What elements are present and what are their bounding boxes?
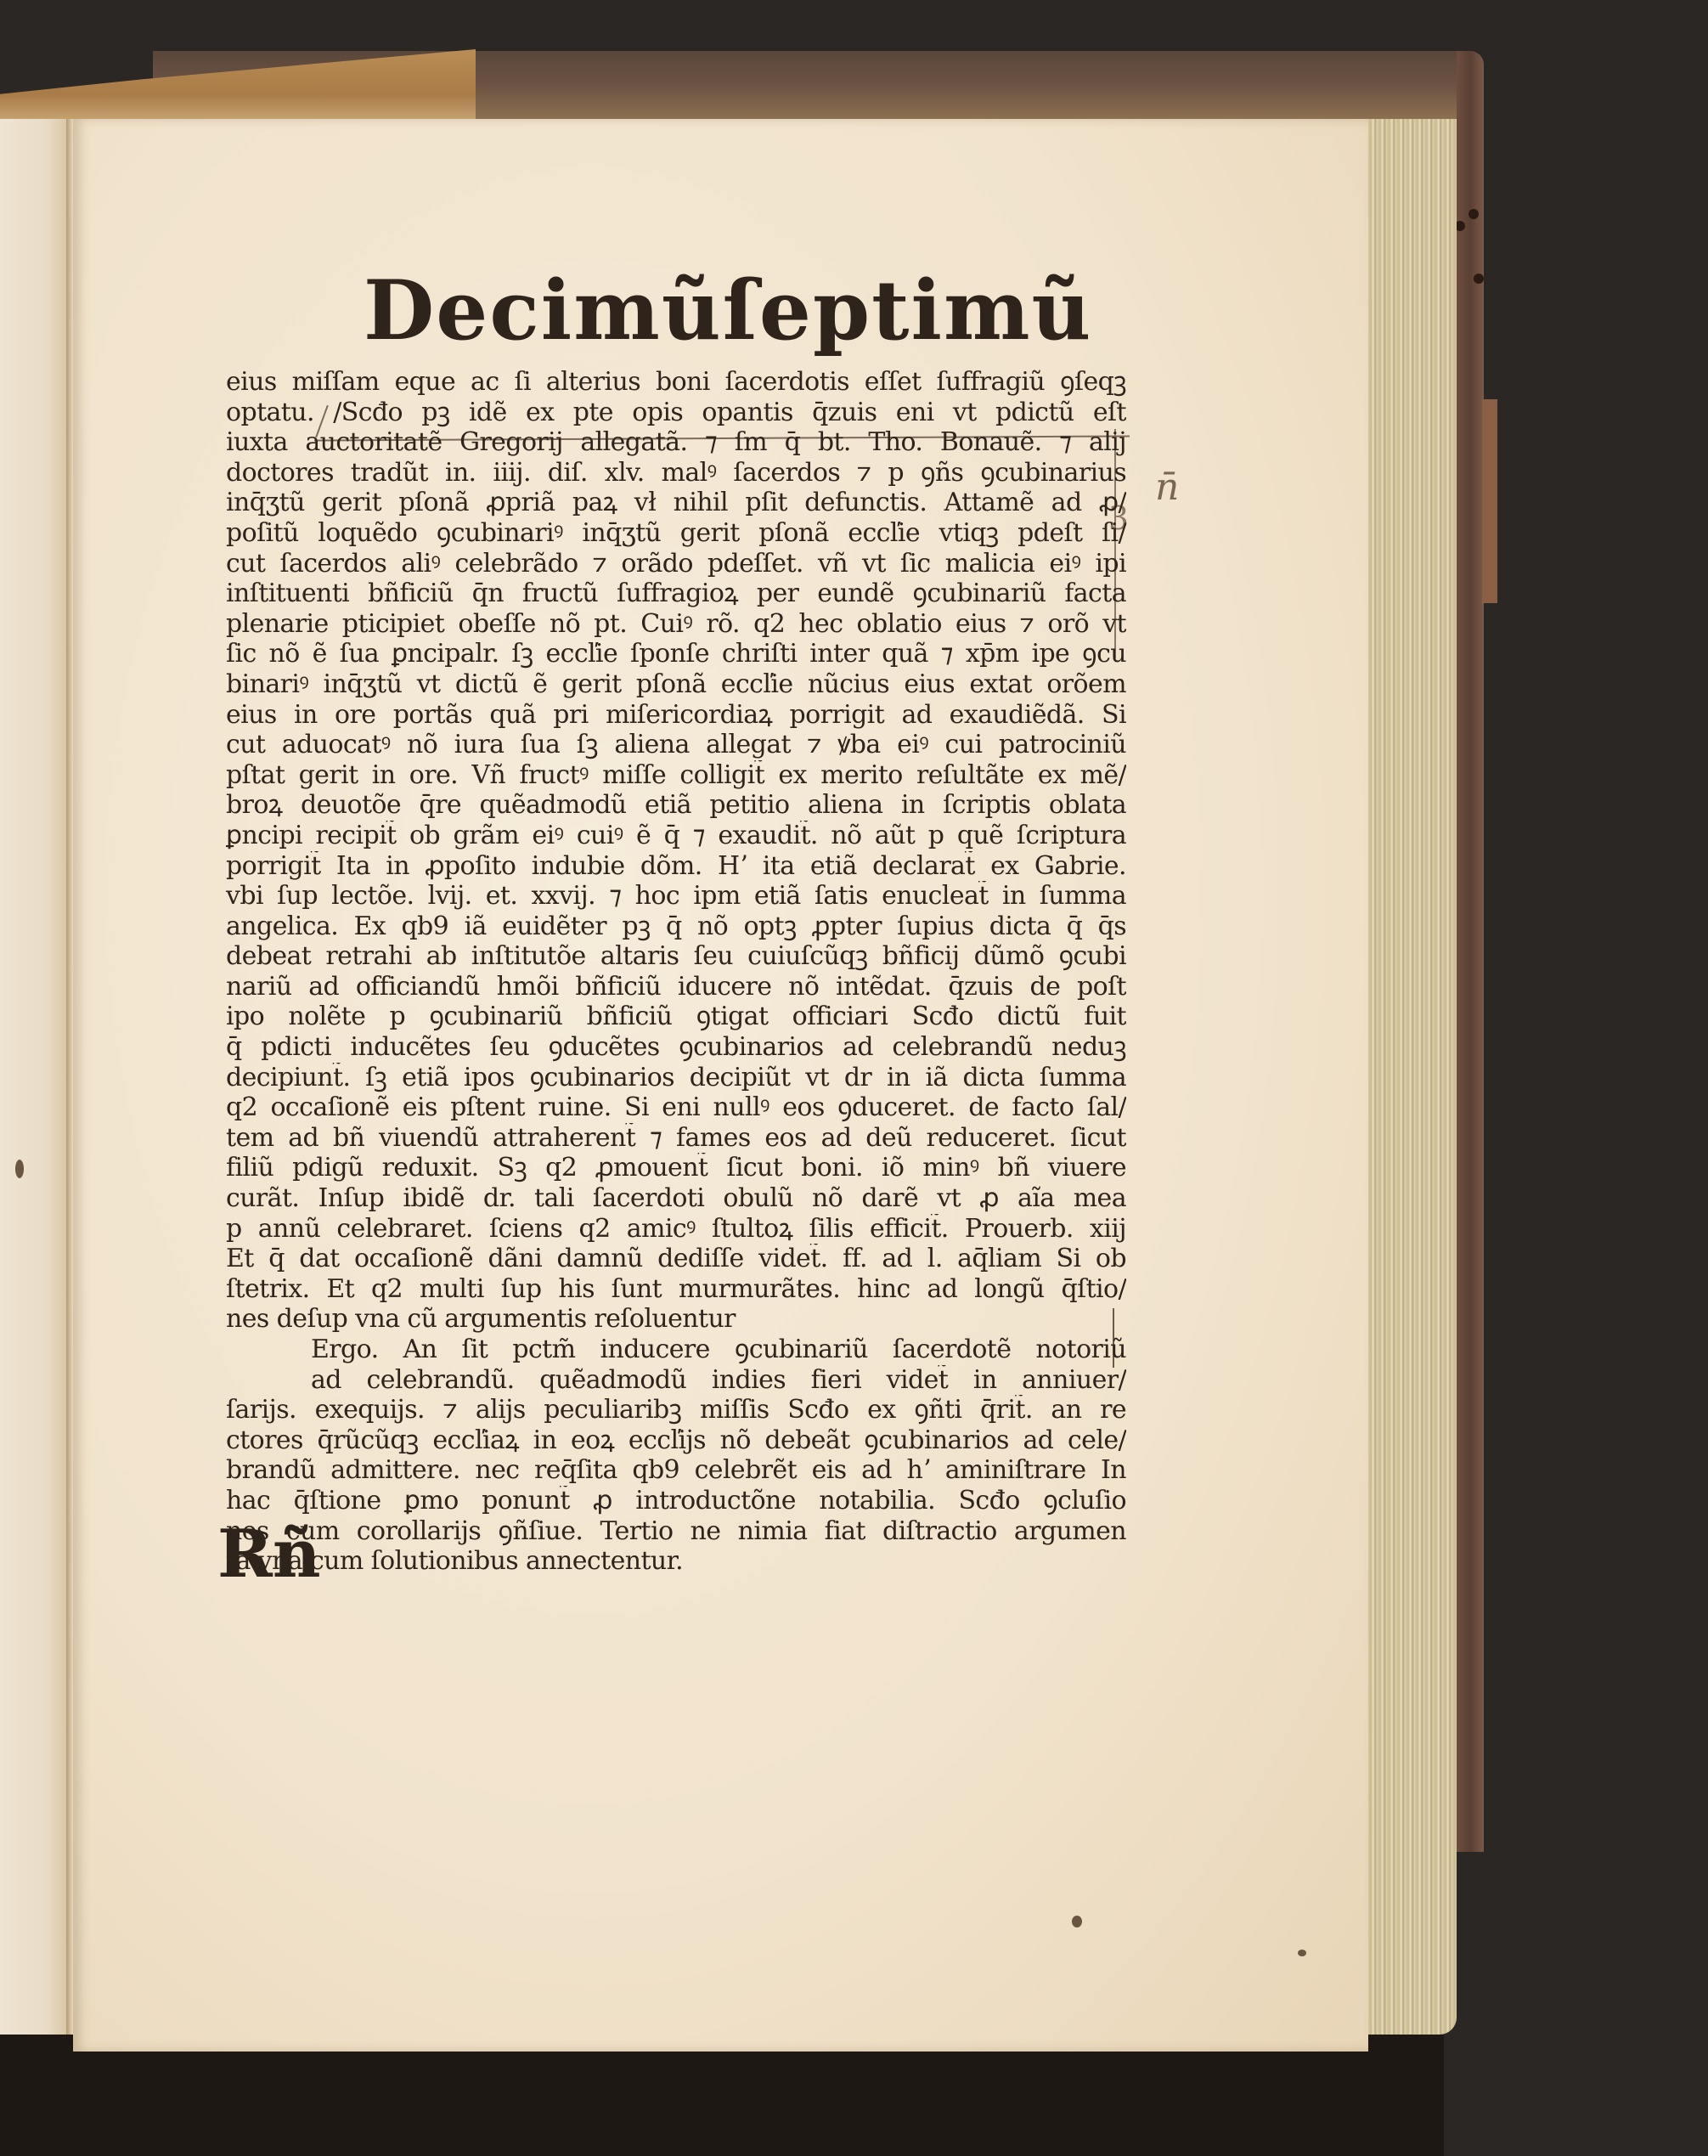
text-line: Ergo. An ſit pctm̃ inducere ꝯcubinariũ ſ… — [226, 1335, 1126, 1365]
text-line: cut ſacerdos aliꝰ celebrãdo ⁊ orãdo pdeſ… — [226, 549, 1126, 579]
text-line: vbi ſup lectõe. lvij. et. xxvij. ⁊ hoc i… — [226, 881, 1126, 912]
text-line: ipo nolẽte p ꝯcubinariũ bñficiũ ꝯtigat o… — [226, 1002, 1126, 1032]
text-line: ꝑncipi recipit̃ ob grãm eiꝰ cuiꝰ ẽ q̄ ⁊ … — [226, 821, 1126, 851]
text-line: plenarie pticipiet obeſſe nõ pt. Cuiꝰ rõ… — [226, 609, 1126, 640]
wormhole — [1468, 209, 1479, 219]
paper-stain — [1298, 1950, 1306, 1956]
text-line: filiũ pdigũ reduxit. Sꝫ q2 ꝓmouent̃ ſicu… — [226, 1153, 1126, 1183]
text-line: ſic nõ ẽ ſua ꝑncipalr. ſꝫ eccľie ſponſe … — [226, 639, 1126, 669]
text-line: eius in ore portãs quã pri miſericordiaꝝ… — [226, 700, 1126, 731]
page-block-edges — [1368, 119, 1457, 2035]
text-line: q2 occaſionẽ eis pſtent ruine. Si eni nu… — [226, 1092, 1126, 1123]
paper-stain — [15, 1160, 24, 1178]
text-line: ſarijs. exequijs. ⁊ alijs peculiaribꝫ mi… — [226, 1395, 1126, 1425]
text-line: Et q̄ dat occaſionẽ dãni damnũ dediſſe v… — [226, 1244, 1126, 1274]
text-line: tem ad bñ viuendũ attraherent̃ ⁊ fames e… — [226, 1123, 1126, 1154]
text-line: optatu. /Scđo pꝫ idẽ ex pte opis opantis… — [226, 398, 1126, 428]
text-line: iuxta auctoritatẽ Gregorij allegatã. ⁊ ſ… — [226, 427, 1126, 458]
wormhole — [1474, 274, 1484, 284]
text-line: ad celebrandũ. quẽadmodũ indies fieri vi… — [226, 1365, 1126, 1396]
text-line: binariꝰ inq̄ʒtũ vt dictũ ẽ gerit pſonã e… — [226, 669, 1126, 700]
text-line: doctores tradũt in. iiij. diſ. xlv. malꝰ… — [226, 458, 1126, 488]
page-heading: Decimũſeptimũ — [364, 270, 1092, 352]
text-line: poſitũ loquẽdo ꝯcubinariꝰ inq̄ʒtũ gerit … — [226, 518, 1126, 549]
book-gutter — [66, 119, 73, 2035]
text-line: nariũ ad officiandũ hmõi bñficiũ iducere… — [226, 972, 1126, 1002]
text-line: ctores q̄rũcũqꝫ eccľiaꝝ in eoꝝ eccľijs n… — [226, 1425, 1126, 1456]
body-text: eius miſſam eque ac ſi alterius boni ſac… — [226, 367, 1126, 1577]
text-line: inſtituenti bñficiũ q̄n fructũ ſuffragio… — [226, 579, 1126, 609]
text-line: inq̄ʒtũ gerit pſonã ꝓpriã paꝝ vł nihil p… — [226, 488, 1126, 518]
text-line: nes deſup vna cũ argumentis reſoluentur — [226, 1304, 1126, 1335]
text-line: curãt. Inſup ibidẽ dr. tali ſacerdoti ob… — [226, 1183, 1126, 1214]
text-line: eius miſſam eque ac ſi alterius boni ſac… — [226, 367, 1126, 398]
text-line: p annũ celebraret. ſciens q2 amicꝰ ſtult… — [226, 1214, 1126, 1244]
text-line: decipiunt̃. ſꝫ etiã ipos ꝯcubinarios dec… — [226, 1063, 1126, 1093]
text-line: porrigit̃ Ita in ꝓpoſito indubie dõm. Hʼ… — [226, 851, 1126, 882]
text-line: ta vna cum ſolutionibus annectentur. — [226, 1546, 1126, 1577]
paper-stain — [1072, 1916, 1082, 1927]
text-line: broꝝ deuotõe q̄re quẽadmodũ etiã petitio… — [226, 790, 1126, 821]
text-line: debeat retrahi ab inſtitutõe altaris ſeu… — [226, 941, 1126, 972]
text-line: cut aduocatꝰ nõ iura ſua ſꝫ aliena alleg… — [226, 730, 1126, 760]
shadow-below-book — [0, 2035, 1444, 2156]
text-line: hac q̄ſtione ꝑmo ponunt̃ ꝓ introductõne … — [226, 1486, 1126, 1516]
text-line: angelica. Ex qb9 iã euidẽter pꝫ q̄ nõ op… — [226, 912, 1126, 942]
text-line: brandũ admittere. nec req̄ſita qb9 celeb… — [226, 1455, 1126, 1486]
text-line: nes cum corollarijs ꝯñſiue. Tertio ne ni… — [226, 1516, 1126, 1547]
text-line: q̄ pdicti inducẽtes ſeu ꝯducẽtes ꝯcubina… — [226, 1032, 1126, 1063]
left-page-sliver — [0, 119, 66, 2035]
text-line: pſtat gerit in ore. Vñ fructꝰ miſſe coll… — [226, 760, 1126, 791]
torn-leather-tab — [1482, 399, 1497, 603]
decorated-initial: Rñ — [217, 1521, 321, 1588]
margin-note: n̄ — [1155, 466, 1179, 509]
text-line: ſtetrix. Et q2 multi ſup his ſunt murmur… — [226, 1274, 1126, 1305]
back-cover-edge — [1457, 51, 1484, 1852]
